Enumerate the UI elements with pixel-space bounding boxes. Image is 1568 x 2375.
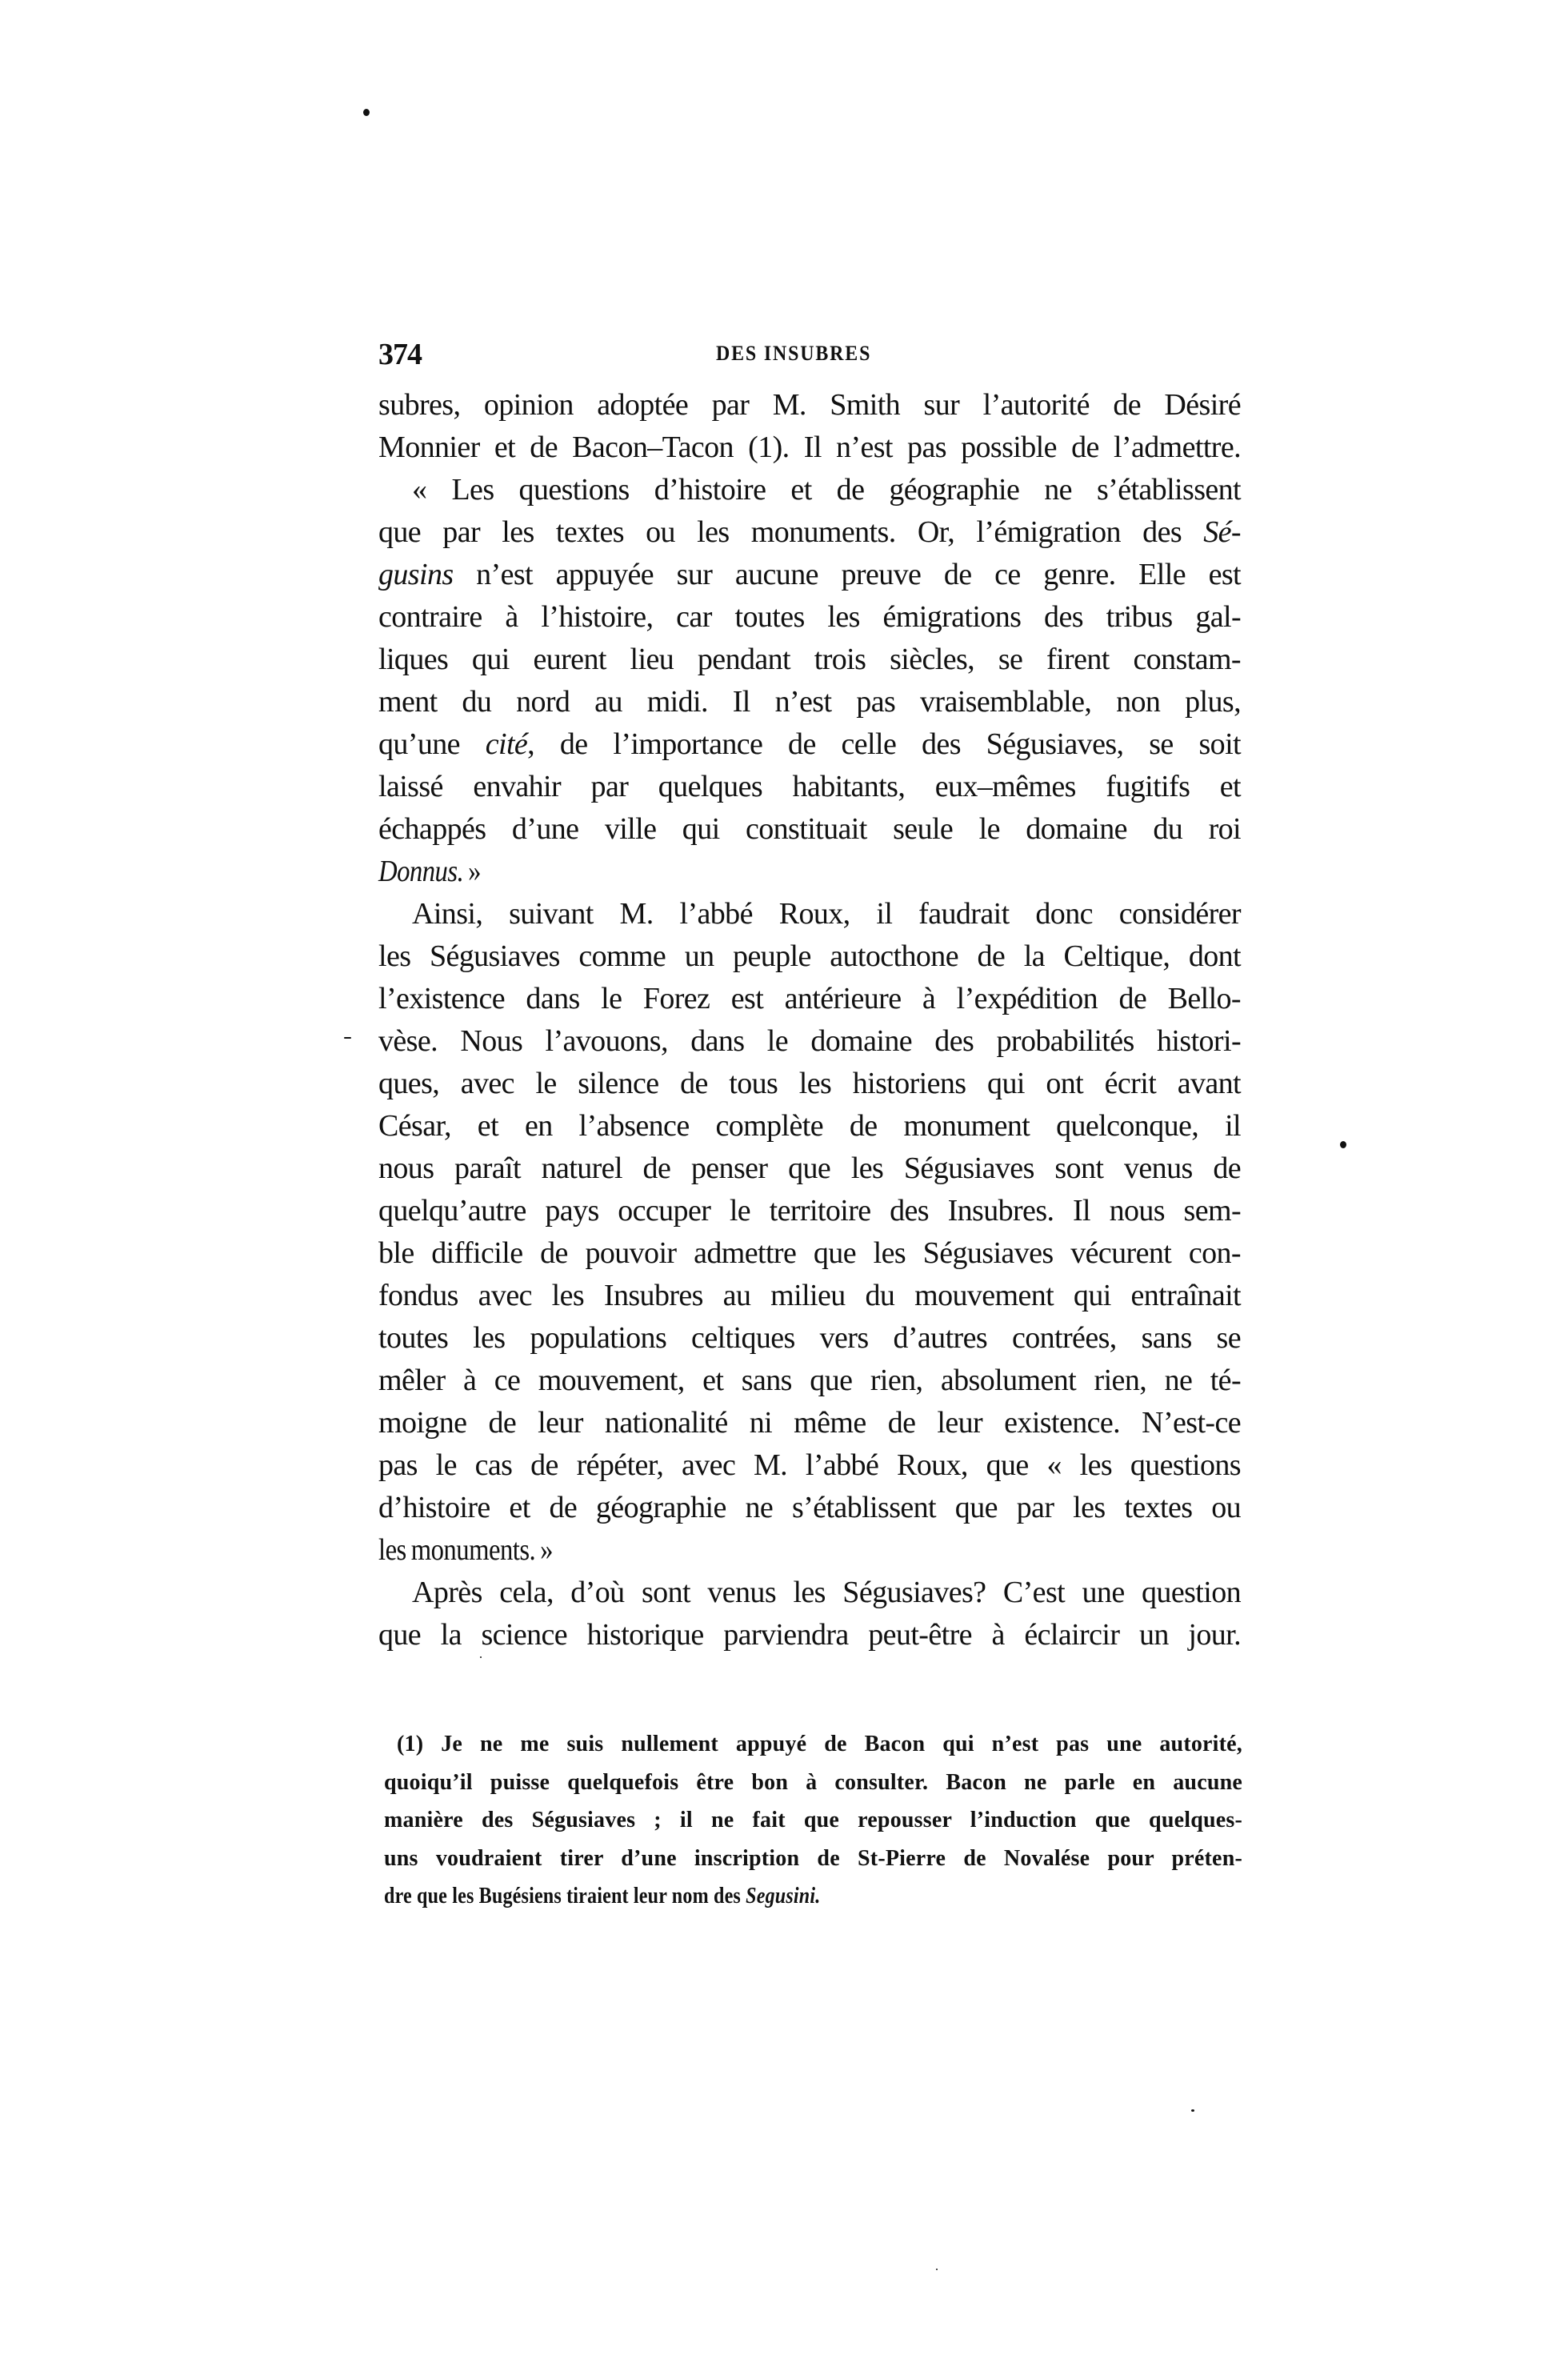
text-line: Après cela, d’où sont venus les Ségusiav… [378,1572,1241,1614]
scan-speck [363,109,370,116]
text-line: liques qui eurent lieu pendant trois siè… [378,639,1241,681]
footnote-line: uns voudraient tirer d’une inscription d… [384,1840,1242,1878]
text-line: Monnier et de Bacon–Tacon (1). Il n’est … [378,427,1241,469]
text-line: quelqu’autre pays occuper le territoire … [378,1190,1241,1232]
text-line: vèse. Nous l’avouons, dans le domaine de… [378,1020,1241,1063]
page-number: 374 [378,334,422,374]
scan-speck [1191,2109,1194,2112]
text-run: » [463,855,481,888]
text-line: qu’une cité, de l’importance de celle de… [378,723,1241,766]
text-line: Ainsi, suivant M. l’abbé Roux, il faudra… [378,893,1241,935]
footnote: (1) Je ne me suis nullement appuyé de Ba… [384,1725,1242,1916]
text-line: que par les textes ou les monuments. Or,… [378,511,1241,554]
text-line: gusins n’est appuyée sur aucune preuve d… [378,554,1241,596]
text-line: l’existence dans le Forez est antérieure… [378,978,1241,1020]
text-line: mêler à ce mouvement, et sans que rien, … [378,1360,1241,1402]
footnote-line: dre que les Bugésiens tiraient leur nom … [384,1877,1122,1916]
text-line: les Ségusiaves comme un peuple autocthon… [378,935,1241,978]
italic-run: gusins [378,558,454,591]
text-line: fondus avec les Insubres au milieu du mo… [378,1275,1241,1317]
text-run: que par les textes ou les monuments. Or,… [378,515,1203,549]
text-run: , de l’importance de celle des Ségusiave… [527,727,1241,761]
text-line: que la science historique parviendra peu… [378,1614,1241,1656]
text-line: contraire à l’histoire, car toutes les é… [378,596,1241,639]
text-line: laissé envahir par quelques habitants, e… [378,766,1241,808]
running-title: DES INSUBRES [716,342,871,366]
italic-run: Donnus. [378,855,463,888]
text-line: les monuments. » [378,1529,1120,1572]
text-line: ble difficile de pouvoir admettre que le… [378,1232,1241,1275]
footnote-line: (1) Je ne me suis nullement appuyé de Ba… [384,1725,1242,1764]
body-text: subres, opinion adoptée par M. Smith sur… [378,384,1241,1656]
scan-speck [344,1037,351,1039]
text-line: toutes les populations celtiques vers d’… [378,1317,1241,1360]
footnote-line: manière des Ségusiaves ; il ne fait que … [384,1801,1242,1840]
text-line: ques, avec le silence de tous les histor… [378,1063,1241,1105]
text-line: moigne de leur nationalité ni même de le… [378,1402,1241,1444]
italic-run: cité [486,727,527,761]
text-line: Donnus. » [378,851,1120,893]
running-head: 374 DES INSUBRES [378,334,1241,374]
footnote-line: quoiqu’il puisse quelquefois être bon à … [384,1764,1242,1802]
text-line: « Les questions d’histoire et de géograp… [378,469,1241,511]
text-run: qu’une [378,727,486,761]
italic-run: Sé- [1203,515,1241,549]
scan-speck [936,2269,938,2270]
text-line: César, et en l’absence complète de monum… [378,1105,1241,1147]
text-line: d’histoire et de géographie ne s’établis… [378,1487,1241,1529]
book-page: 374 DES INSUBRES subres, opinion adoptée… [0,0,1568,2375]
scan-speck [480,1656,482,1658]
italic-run: Segusini. [746,1884,820,1908]
text-run: dre que les Bugésiens tiraient leur nom … [384,1884,746,1908]
text-line: pas le cas de répéter, avec M. l’abbé Ro… [378,1444,1241,1487]
scan-speck [1340,1141,1346,1148]
text-line: ment du nord au midi. Il n’est pas vrais… [378,681,1241,723]
text-run: n’est appuyée sur aucune preuve de ce ge… [454,558,1241,591]
text-line: échappés d’une ville qui constituait seu… [378,808,1241,851]
text-line: subres, opinion adoptée par M. Smith sur… [378,384,1241,427]
text-line: nous paraît naturel de penser que les Sé… [378,1147,1241,1190]
